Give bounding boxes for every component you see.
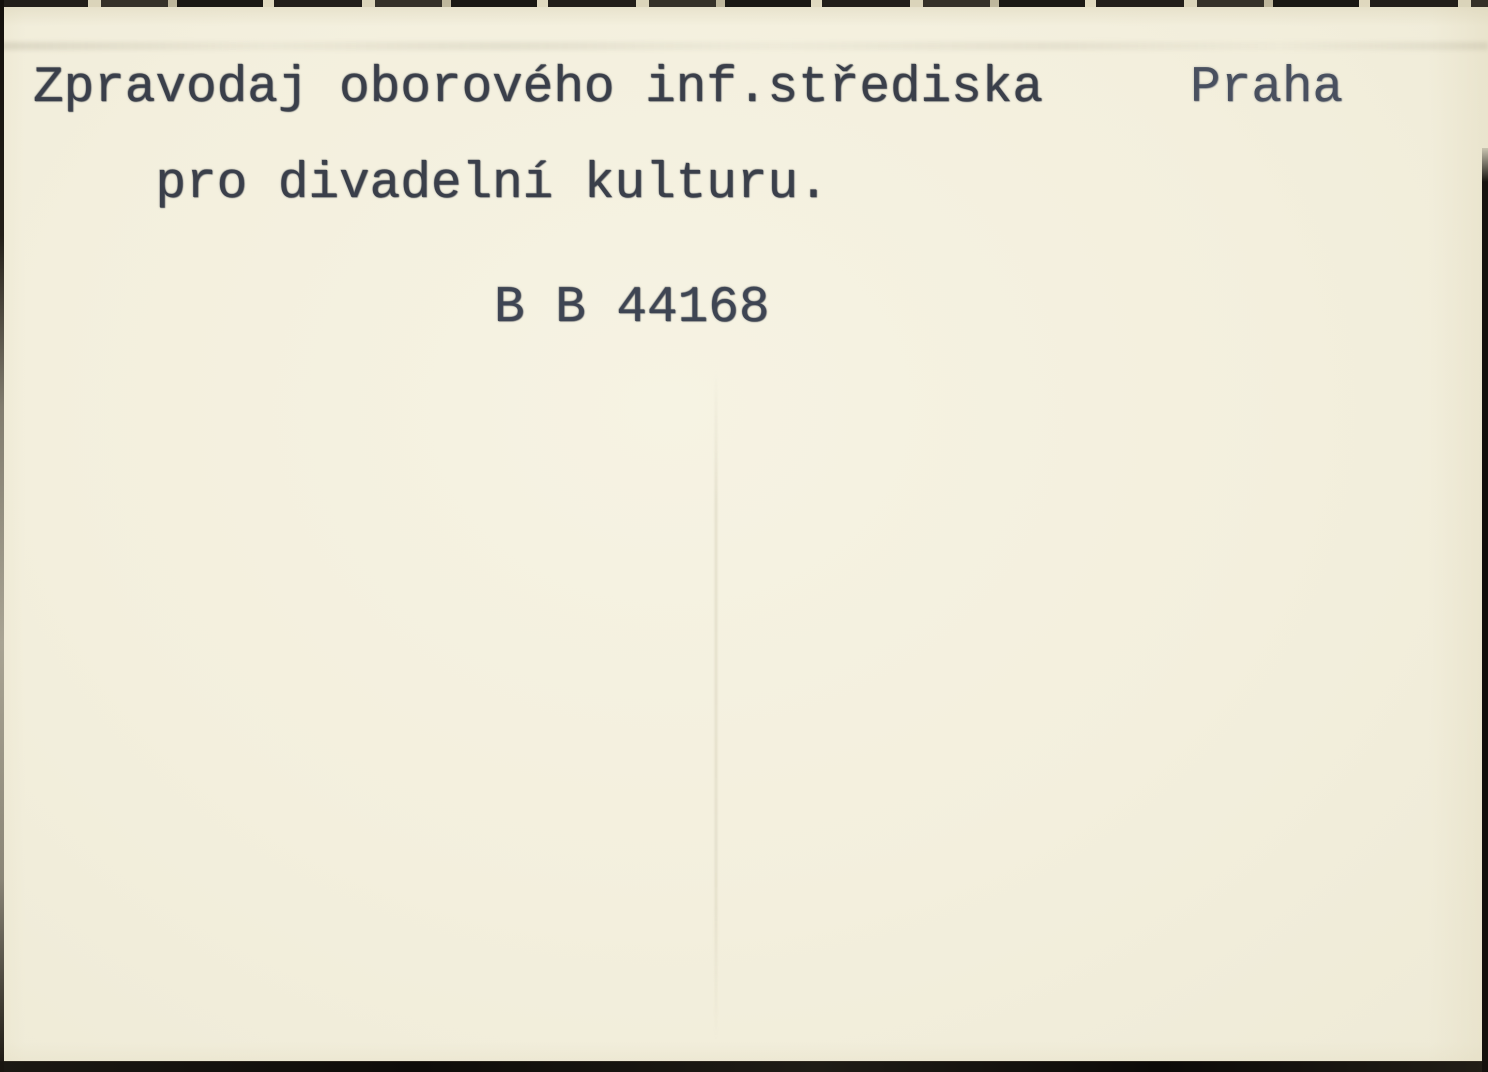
card-location: Praha [1190, 65, 1343, 113]
scan-edge-right [1482, 148, 1488, 1072]
scan-smudge-line [0, 42, 1488, 50]
card-title: Zpravodaj oborového inf.střediska pro di… [33, 65, 1043, 257]
catalog-card: Zpravodaj oborového inf.střediska pro di… [0, 0, 1488, 1072]
scan-edge-bottom [0, 1061, 1488, 1072]
card-call-number: B B 44168 [494, 285, 769, 333]
scan-edge-top [0, 0, 1488, 7]
paper-crease [715, 370, 717, 1040]
scan-edge-left [0, 0, 4, 1072]
card-title-line2: pro divadelní kulturu. [155, 156, 828, 213]
card-title-line1: Zpravodaj oborového inf.střediska [33, 60, 1043, 117]
